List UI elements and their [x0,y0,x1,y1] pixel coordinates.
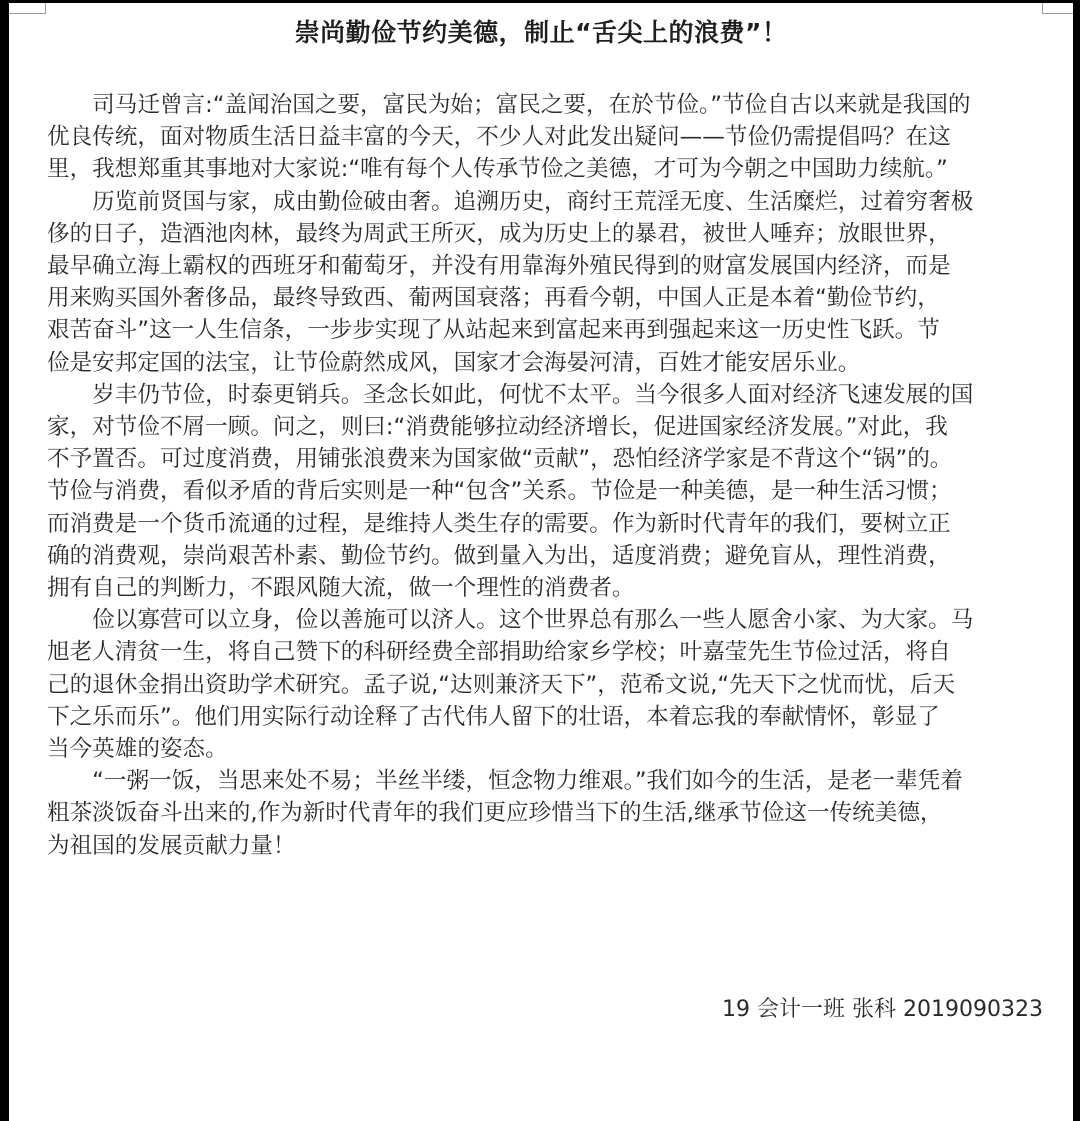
text-line: 里，我想郑重其事地对大家说:“唯有每个人传承节俭之美德，才可为今朝之中国助力续航… [47,153,1051,185]
text-line: 确的消费观，崇尚艰苦朴素、勤俭节约。做到量入为出，适度消费；避免盲从，理性消费， [47,540,1051,572]
text-line: 俭是安邦定国的法宝，让节俭蔚然成风，国家才会海晏河清，百姓才能安居乐业。 [47,347,1051,379]
paragraph-1: 司马迁曾言:“盖闻治国之要，富民为始；富民之要，在於节俭。”节俭自古以来就是我国… [47,89,1051,186]
text-line: 旭老人清贫一生，将自己赞下的科研经费全部捐助给家乡学校；叶嘉莹先生节俭过活，将自 [47,636,1051,668]
text-line: “一粥一饭，当思来处不易；半丝半缕，恒念物力维艰。”我们如今的生活，是老一辈凭着 [47,765,1051,797]
text-line: 历览前贤国与家，成由勤俭破由奢。追溯历史，商纣王荒淫无度、生活糜烂，过着穷奢极 [47,186,1051,218]
text-line: 当今英雄的姿态。 [47,733,1051,765]
text-line: 节俭与消费，看似矛盾的背后实则是一种“包含”关系。节俭是一种美德，是一种生活习惯… [47,475,1051,507]
text-line: 优良传统，面对物质生活日益丰富的今天，不少人对此发出疑问——节俭仍需提倡吗？在这 [47,121,1051,153]
paragraph-3: 岁丰仍节俭，时泰更销兵。圣念长如此，何忧不太平。当今很多人面对经济飞速发展的国 … [47,379,1051,604]
text-line: 俭以寡营可以立身，俭以善施可以济人。这个世界总有那么一些人愿舍小家、为大家。马 [47,604,1051,636]
document-title: 崇尚勤俭节约美德，制止“舌尖上的浪费”！ [9,13,1073,49]
text-line: 最早确立海上霸权的西班牙和葡萄牙，并没有用靠海外殖民得到的财富发展国内经济，而是 [47,250,1051,282]
text-line: 粗茶淡饭奋斗出来的,作为新时代青年的我们更应珍惜当下的生活,继承节俭这一传统美德… [47,797,1051,829]
text-line: 而消费是一个货币流通的过程，是维持人类生存的需要。作为新时代青年的我们，要树立正 [47,508,1051,540]
text-line: 侈的日子，造酒池肉林，最终为周武王所灭，成为历史上的暴君，被世人唾弃；放眼世界， [47,218,1051,250]
text-line: 岁丰仍节俭，时泰更销兵。圣念长如此，何忧不太平。当今很多人面对经济飞速发展的国 [47,379,1051,411]
paragraph-4: 俭以寡营可以立身，俭以善施可以济人。这个世界总有那么一些人愿舍小家、为大家。马 … [47,604,1051,765]
text-line: 不予置否。可过度消费，用铺张浪费来为国家做“贡献”，恐怕经济学家是不背这个“锅”… [47,443,1051,475]
text-line: 为祖国的发展贡献力量！ [47,830,1051,862]
text-line: 拥有自己的判断力，不跟风随大流，做一个理性的消费者。 [47,572,1051,604]
text-line: 艰苦奋斗”这一人生信条，一步步实现了从站起来到富起来再到强起来这一历史性飞跃。节 [47,314,1051,346]
text-line: 用来购买国外奢侈品，最终导致西、葡两国衰落；再看今朝，中国人正是本着“勤俭节约， [47,282,1051,314]
paragraph-5: “一粥一饭，当思来处不易；半丝半缕，恒念物力维艰。”我们如今的生活，是老一辈凭着… [47,765,1051,862]
author-signature: 19 会计一班 张科 2019090323 [722,992,1043,1023]
document-body: 司马迁曾言:“盖闻治国之要，富民为始；富民之要，在於节俭。”节俭自古以来就是我国… [47,89,1051,862]
paragraph-2: 历览前贤国与家，成由勤俭破由奢。追溯历史，商纣王荒淫无度、生活糜烂，过着穷奢极 … [47,186,1051,379]
text-line: 下之乐而乐”。他们用实际行动诠释了古代伟人留下的壮语，本着忘我的奉献情怀，彰显了 [47,701,1051,733]
text-line: 家，对节俭不屑一顾。问之，则曰:“消费能够拉动经济增长，促进国家经济发展。”对此… [47,411,1051,443]
text-line: 己的退休金捐出资助学术研究。孟子说,“达则兼济天下”，范希文说,“先天下之忧而忧… [47,669,1051,701]
document-page: 崇尚勤俭节约美德，制止“舌尖上的浪费”！ 司马迁曾言:“盖闻治国之要，富民为始；… [9,3,1073,1121]
text-line: 司马迁曾言:“盖闻治国之要，富民为始；富民之要，在於节俭。”节俭自古以来就是我国… [47,89,1051,121]
